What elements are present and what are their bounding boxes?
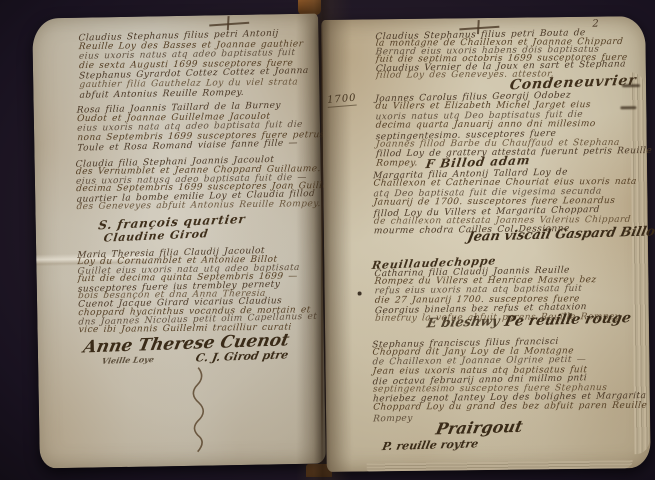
baptism-record-stephanus-franciscus: Stephanus franciscus filius francisciCho… <box>372 337 647 423</box>
manuscript-page-right: 2 Claudius Stephanus filius petri Bouta … <box>321 16 650 472</box>
ink-flourish <box>188 368 209 454</box>
signature-flourish-bieshwy: E bieshwy <box>425 314 501 331</box>
signature-note-vieille-loye: Vieille Loye <box>101 354 155 366</box>
manuscript-photograph: Claudius Stephanus filius petri AntonijR… <box>0 0 655 480</box>
baptism-record-claudia: Claudia filia Stephani Joannis Jacoulotd… <box>76 155 353 213</box>
baptism-record-rosa: Rosa filia Joannis Taillard de la Burney… <box>77 101 325 153</box>
signature-priest-girod: C. J. Girod ptre <box>195 348 290 364</box>
handwritten-line: des Geneveyes abfuit Antonius Reuille Ro… <box>76 200 352 212</box>
book-gutter-crease <box>321 10 323 472</box>
signature-prairgout: Prairgout <box>434 417 524 439</box>
ink-smudge <box>622 84 640 87</box>
handwritten-line: abfuit Antonius Reuille Rompey. <box>79 87 309 101</box>
baptism-record-maria-theresia: Maria Theresia filia Claudij JacoulotLoy… <box>77 247 317 335</box>
ink-dot <box>358 292 362 296</box>
margin-year-note: 1700 <box>327 93 357 108</box>
ink-smudge <box>620 106 636 109</box>
cross-mark-icon <box>209 16 249 31</box>
baptism-record-claudius-stephanus: Claudius Stephanus filius petri AntonijR… <box>78 30 309 101</box>
manuscript-page-left: Claudius Stephanus filius petri AntonijR… <box>32 14 326 469</box>
page-stack-edge-bottom <box>367 460 633 471</box>
signature-reuille-rouge: Pe reuille rouge <box>503 310 632 330</box>
signature-reuille-roytre: P. reuille roytre <box>381 437 480 453</box>
baptism-record-claudius-bouta: Claudius Stephanus filius petri Bouta de… <box>375 29 628 80</box>
